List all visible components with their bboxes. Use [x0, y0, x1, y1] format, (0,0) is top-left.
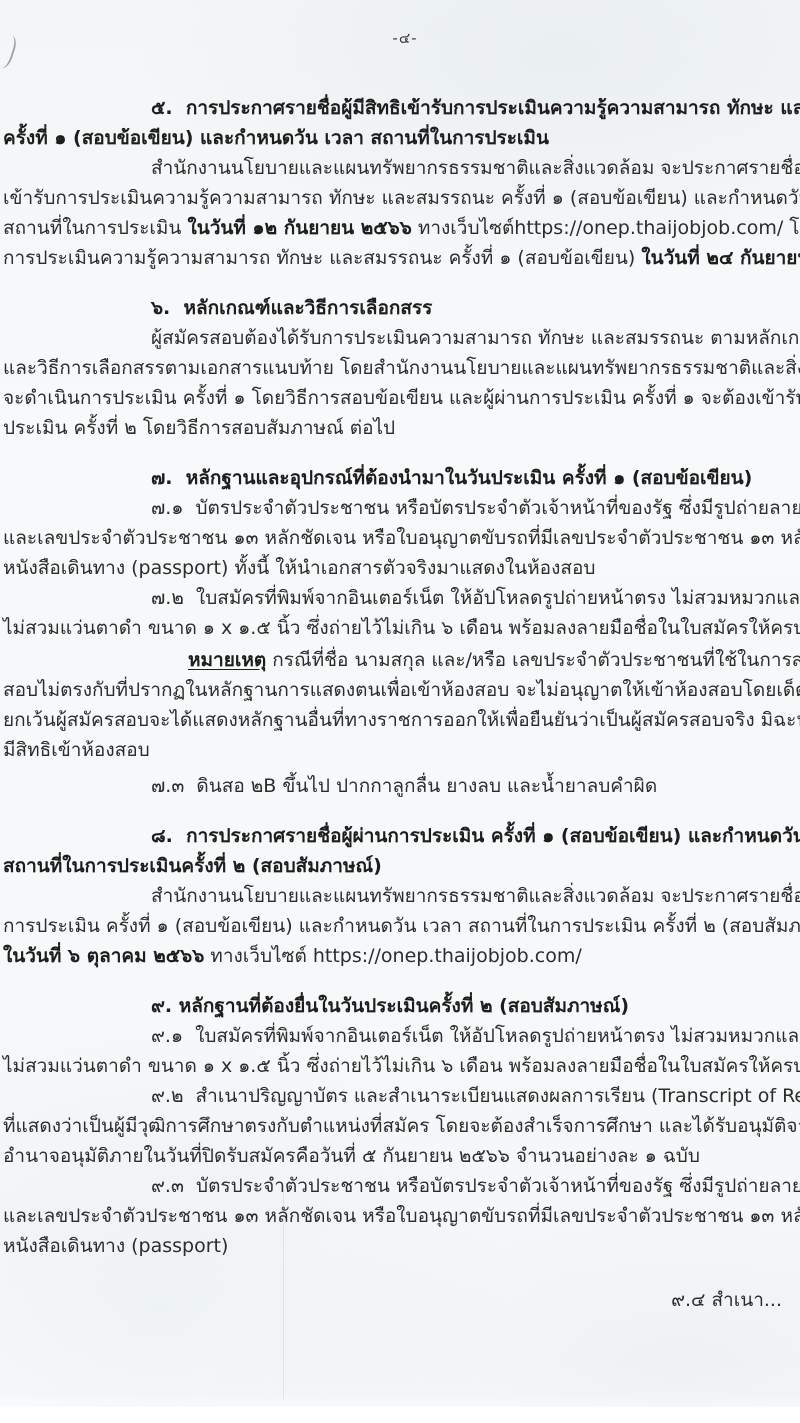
- text-segment: ไม่สวมแว่นตาดำ ขนาด ๑ x ๑.๕ นิ้ว ซึ่งถ่า…: [3, 617, 800, 639]
- text-segment: ในวันที่ ๑๒ กันยายน ๒๕๖๖: [187, 217, 411, 239]
- text-segment: ๗.๒ ใบสมัครที่พิมพ์จากอินเตอร์เน็ต ให้อั…: [151, 587, 800, 609]
- text-line: ยกเว้นผู้สมัครสอบจะได้แสดงหลักฐานอื่นที่…: [3, 705, 800, 735]
- text-line: ๙.๑ ใบสมัครที่พิมพ์จากอินเตอร์เน็ต ให้อั…: [3, 1021, 800, 1051]
- text-line: ๕. การประกาศรายชื่อผู้มีสิทธิเข้ารับการป…: [3, 93, 800, 123]
- text-line: ผู้สมัครสอบต้องได้รับการประเมินความสามาร…: [3, 323, 800, 353]
- text-line: ๗. หลักฐานและอุปกรณ์ที่ต้องนำมาในวันประเ…: [3, 463, 800, 493]
- text-segment: สำนักงานนโยบายและแผนทรัพยากรธรรมชาติและส…: [151, 885, 800, 907]
- text-segment: ยกเว้นผู้สมัครสอบจะได้แสดงหลักฐานอื่นที่…: [3, 709, 800, 731]
- text-segment: หนังสือเดินทาง (passport) ทั้งนี้ ให้นำเ…: [3, 557, 595, 579]
- text-line: เข้ารับการประเมินความรู้ความสามารถ ทักษะ…: [3, 183, 800, 213]
- scan-bottom-edge: [0, 1407, 800, 1423]
- text-line: หมายเหตุ กรณีที่ชื่อ นามสกุล และ/หรือ เล…: [3, 645, 800, 675]
- text-line: ๖. หลักเกณฑ์และวิธีการเลือกสรร: [3, 293, 800, 323]
- text-line: และเลขประจำตัวประชาชน ๑๓ หลักชัดเจน หรือ…: [3, 1201, 800, 1231]
- text-line: ๙.๓ บัตรประจำตัวประชาชน หรือบัตรประจำตัว…: [3, 1171, 800, 1201]
- text-line: หนังสือเดินทาง (passport): [3, 1231, 800, 1261]
- text-line: สถานที่ในการประเมิน ในวันที่ ๑๒ กันยายน …: [3, 213, 800, 243]
- text-segment: ๗.๓ ดินสอ ๒B ขึ้นไป ปากกาลูกลื่น ยางลบ แ…: [151, 775, 657, 797]
- text-segment: เข้ารับการประเมินความรู้ความสามารถ ทักษะ…: [3, 187, 800, 209]
- text-segment: ๙.๓ บัตรประจำตัวประชาชน หรือบัตรประจำตัว…: [151, 1175, 800, 1197]
- text-line: ครั้งที่ ๑ (สอบข้อเขียน) และกำหนดวัน เวล…: [3, 123, 800, 153]
- text-line: หนังสือเดินทาง (passport) ทั้งนี้ ให้นำเ…: [3, 553, 800, 583]
- text-line: ไม่สวมแว่นตาดำ ขนาด ๑ x ๑.๕ นิ้ว ซึ่งถ่า…: [3, 1051, 800, 1081]
- text-segment: ๙.๒ สำเนาปริญญาบัตร และสำเนาระเบียนแสดงผ…: [151, 1085, 800, 1107]
- document-body: ๕. การประกาศรายชื่อผู้มีสิทธิเข้ารับการป…: [3, 93, 800, 1261]
- text-segment: ในวันที่ ๒๔ กันยายน ๒๕๖๖: [641, 247, 800, 269]
- text-segment: ๘. การประกาศรายชื่อผู้ผ่านการประเมิน ครั…: [151, 825, 800, 847]
- text-segment: หนังสือเดินทาง (passport): [3, 1235, 228, 1257]
- text-line: สถานที่ในการประเมินครั้งที่ ๒ (สอบสัมภาษ…: [3, 851, 800, 881]
- text-line: การประเมินความรู้ความสามารถ ทักษะ และสมร…: [3, 243, 800, 273]
- text-segment: ๕. การประกาศรายชื่อผู้มีสิทธิเข้ารับการป…: [151, 97, 800, 119]
- text-line: ๙. หลักฐานที่ต้องยื่นในวันประเมินครั้งที…: [3, 991, 800, 1021]
- text-line: จะดำเนินการประเมิน ครั้งที่ ๑ โดยวิธีการ…: [3, 383, 800, 413]
- text-line: อำนาจอนุมัติภายในวันที่ปิดรับสมัครคือวัน…: [3, 1141, 800, 1171]
- text-line: ๘. การประกาศรายชื่อผู้ผ่านการประเมิน ครั…: [3, 821, 800, 851]
- text-segment: สถานที่ในการประเมินครั้งที่ ๒ (สอบสัมภาษ…: [3, 855, 382, 877]
- text-segment: กรณีที่ชื่อ นามสกุล และ/หรือ เลขประจำตัว…: [266, 649, 800, 671]
- text-segment: ประเมิน ครั้งที่ ๒ โดยวิธีการสอบสัมภาษณ์…: [3, 417, 395, 439]
- text-line: และวิธีการเลือกสรรตามเอกสารแนบท้าย โดยสำ…: [3, 353, 800, 383]
- text-line: ๗.๒ ใบสมัครที่พิมพ์จากอินเตอร์เน็ต ให้อั…: [3, 583, 800, 613]
- text-segment: หมายเหตุ: [188, 649, 266, 671]
- text-line: การประเมิน ครั้งที่ ๑ (สอบข้อเขียน) และก…: [3, 911, 800, 941]
- text-segment: ๗. หลักฐานและอุปกรณ์ที่ต้องนำมาในวันประเ…: [151, 467, 752, 489]
- text-line: ที่แสดงว่าเป็นผู้มีวุฒิการศึกษาตรงกับตำแ…: [3, 1111, 800, 1141]
- text-line: และเลขประจำตัวประชาชน ๑๓ หลักชัดเจน หรือ…: [3, 523, 800, 553]
- text-segment: สถานที่ในการประเมิน: [3, 217, 187, 239]
- text-segment: ๗.๑ บัตรประจำตัวประชาชน หรือบัตรประจำตัว…: [151, 497, 800, 519]
- text-segment: ทางเว็บไซต์https://onep.thaijobjob.com/ …: [412, 217, 800, 239]
- text-segment: และเลขประจำตัวประชาชน ๑๓ หลักชัดเจน หรือ…: [3, 527, 800, 549]
- text-segment: และเลขประจำตัวประชาชน ๑๓ หลักชัดเจน หรือ…: [3, 1205, 800, 1227]
- text-segment: ทางเว็บไซต์ https://onep.thaijobjob.com/: [204, 945, 582, 967]
- text-line: สำนักงานนโยบายและแผนทรัพยากรธรรมชาติและส…: [3, 881, 800, 911]
- text-segment: การประเมินความรู้ความสามารถ ทักษะ และสมร…: [3, 247, 641, 269]
- text-segment: ๙. หลักฐานที่ต้องยื่นในวันประเมินครั้งที…: [151, 995, 629, 1017]
- text-segment: มีสิทธิเข้าห้องสอบ: [3, 739, 150, 761]
- text-segment: ๖. หลักเกณฑ์และวิธีการเลือกสรร: [151, 297, 432, 319]
- text-segment: สำนักงานนโยบายและแผนทรัพยากรธรรมชาติและส…: [151, 157, 800, 179]
- text-line: สำนักงานนโยบายและแผนทรัพยากรธรรมชาติและส…: [3, 153, 800, 183]
- text-segment: การประเมิน ครั้งที่ ๑ (สอบข้อเขียน) และก…: [3, 915, 800, 937]
- text-segment: ในวันที่ ๖ ตุลาคม ๒๕๖๖: [3, 945, 204, 967]
- page-number: -๔-: [0, 26, 800, 50]
- text-line: ๗.๑ บัตรประจำตัวประชาชน หรือบัตรประจำตัว…: [3, 493, 800, 523]
- text-line: ประเมิน ครั้งที่ ๒ โดยวิธีการสอบสัมภาษณ์…: [3, 413, 800, 443]
- text-line: ในวันที่ ๖ ตุลาคม ๒๕๖๖ ทางเว็บไซต์ https…: [3, 941, 800, 971]
- text-segment: ไม่สวมแว่นตาดำ ขนาด ๑ x ๑.๕ นิ้ว ซึ่งถ่า…: [3, 1055, 800, 1077]
- text-segment: จะดำเนินการประเมิน ครั้งที่ ๑ โดยวิธีการ…: [3, 387, 800, 409]
- text-segment: สอบไม่ตรงกับที่ปรากฏในหลักฐานการแสดงตนเพ…: [3, 679, 800, 701]
- text-line: ๗.๓ ดินสอ ๒B ขึ้นไป ปากกาลูกลื่น ยางลบ แ…: [3, 771, 800, 801]
- text-segment: ที่แสดงว่าเป็นผู้มีวุฒิการศึกษาตรงกับตำแ…: [3, 1115, 800, 1137]
- text-segment: อำนาจอนุมัติภายในวันที่ปิดรับสมัครคือวัน…: [3, 1145, 700, 1167]
- text-segment: ๙.๑ ใบสมัครที่พิมพ์จากอินเตอร์เน็ต ให้อั…: [151, 1025, 800, 1047]
- continuation-mark: ๙.๔ สำเนา...: [0, 1285, 782, 1315]
- text-line: ไม่สวมแว่นตาดำ ขนาด ๑ x ๑.๕ นิ้ว ซึ่งถ่า…: [3, 613, 800, 643]
- text-segment: ครั้งที่ ๑ (สอบข้อเขียน) และกำหนดวัน เวล…: [3, 127, 549, 149]
- text-segment: และวิธีการเลือกสรรตามเอกสารแนบท้าย โดยสำ…: [3, 357, 800, 379]
- text-line: สอบไม่ตรงกับที่ปรากฏในหลักฐานการแสดงตนเพ…: [3, 675, 800, 705]
- text-line: ๙.๒ สำเนาปริญญาบัตร และสำเนาระเบียนแสดงผ…: [3, 1081, 800, 1111]
- document-page: -๔- ๕. การประกาศรายชื่อผู้มีสิทธิเข้ารับ…: [0, 0, 800, 1423]
- text-line: มีสิทธิเข้าห้องสอบ: [3, 735, 800, 765]
- text-segment: ผู้สมัครสอบต้องได้รับการประเมินความสามาร…: [151, 327, 800, 349]
